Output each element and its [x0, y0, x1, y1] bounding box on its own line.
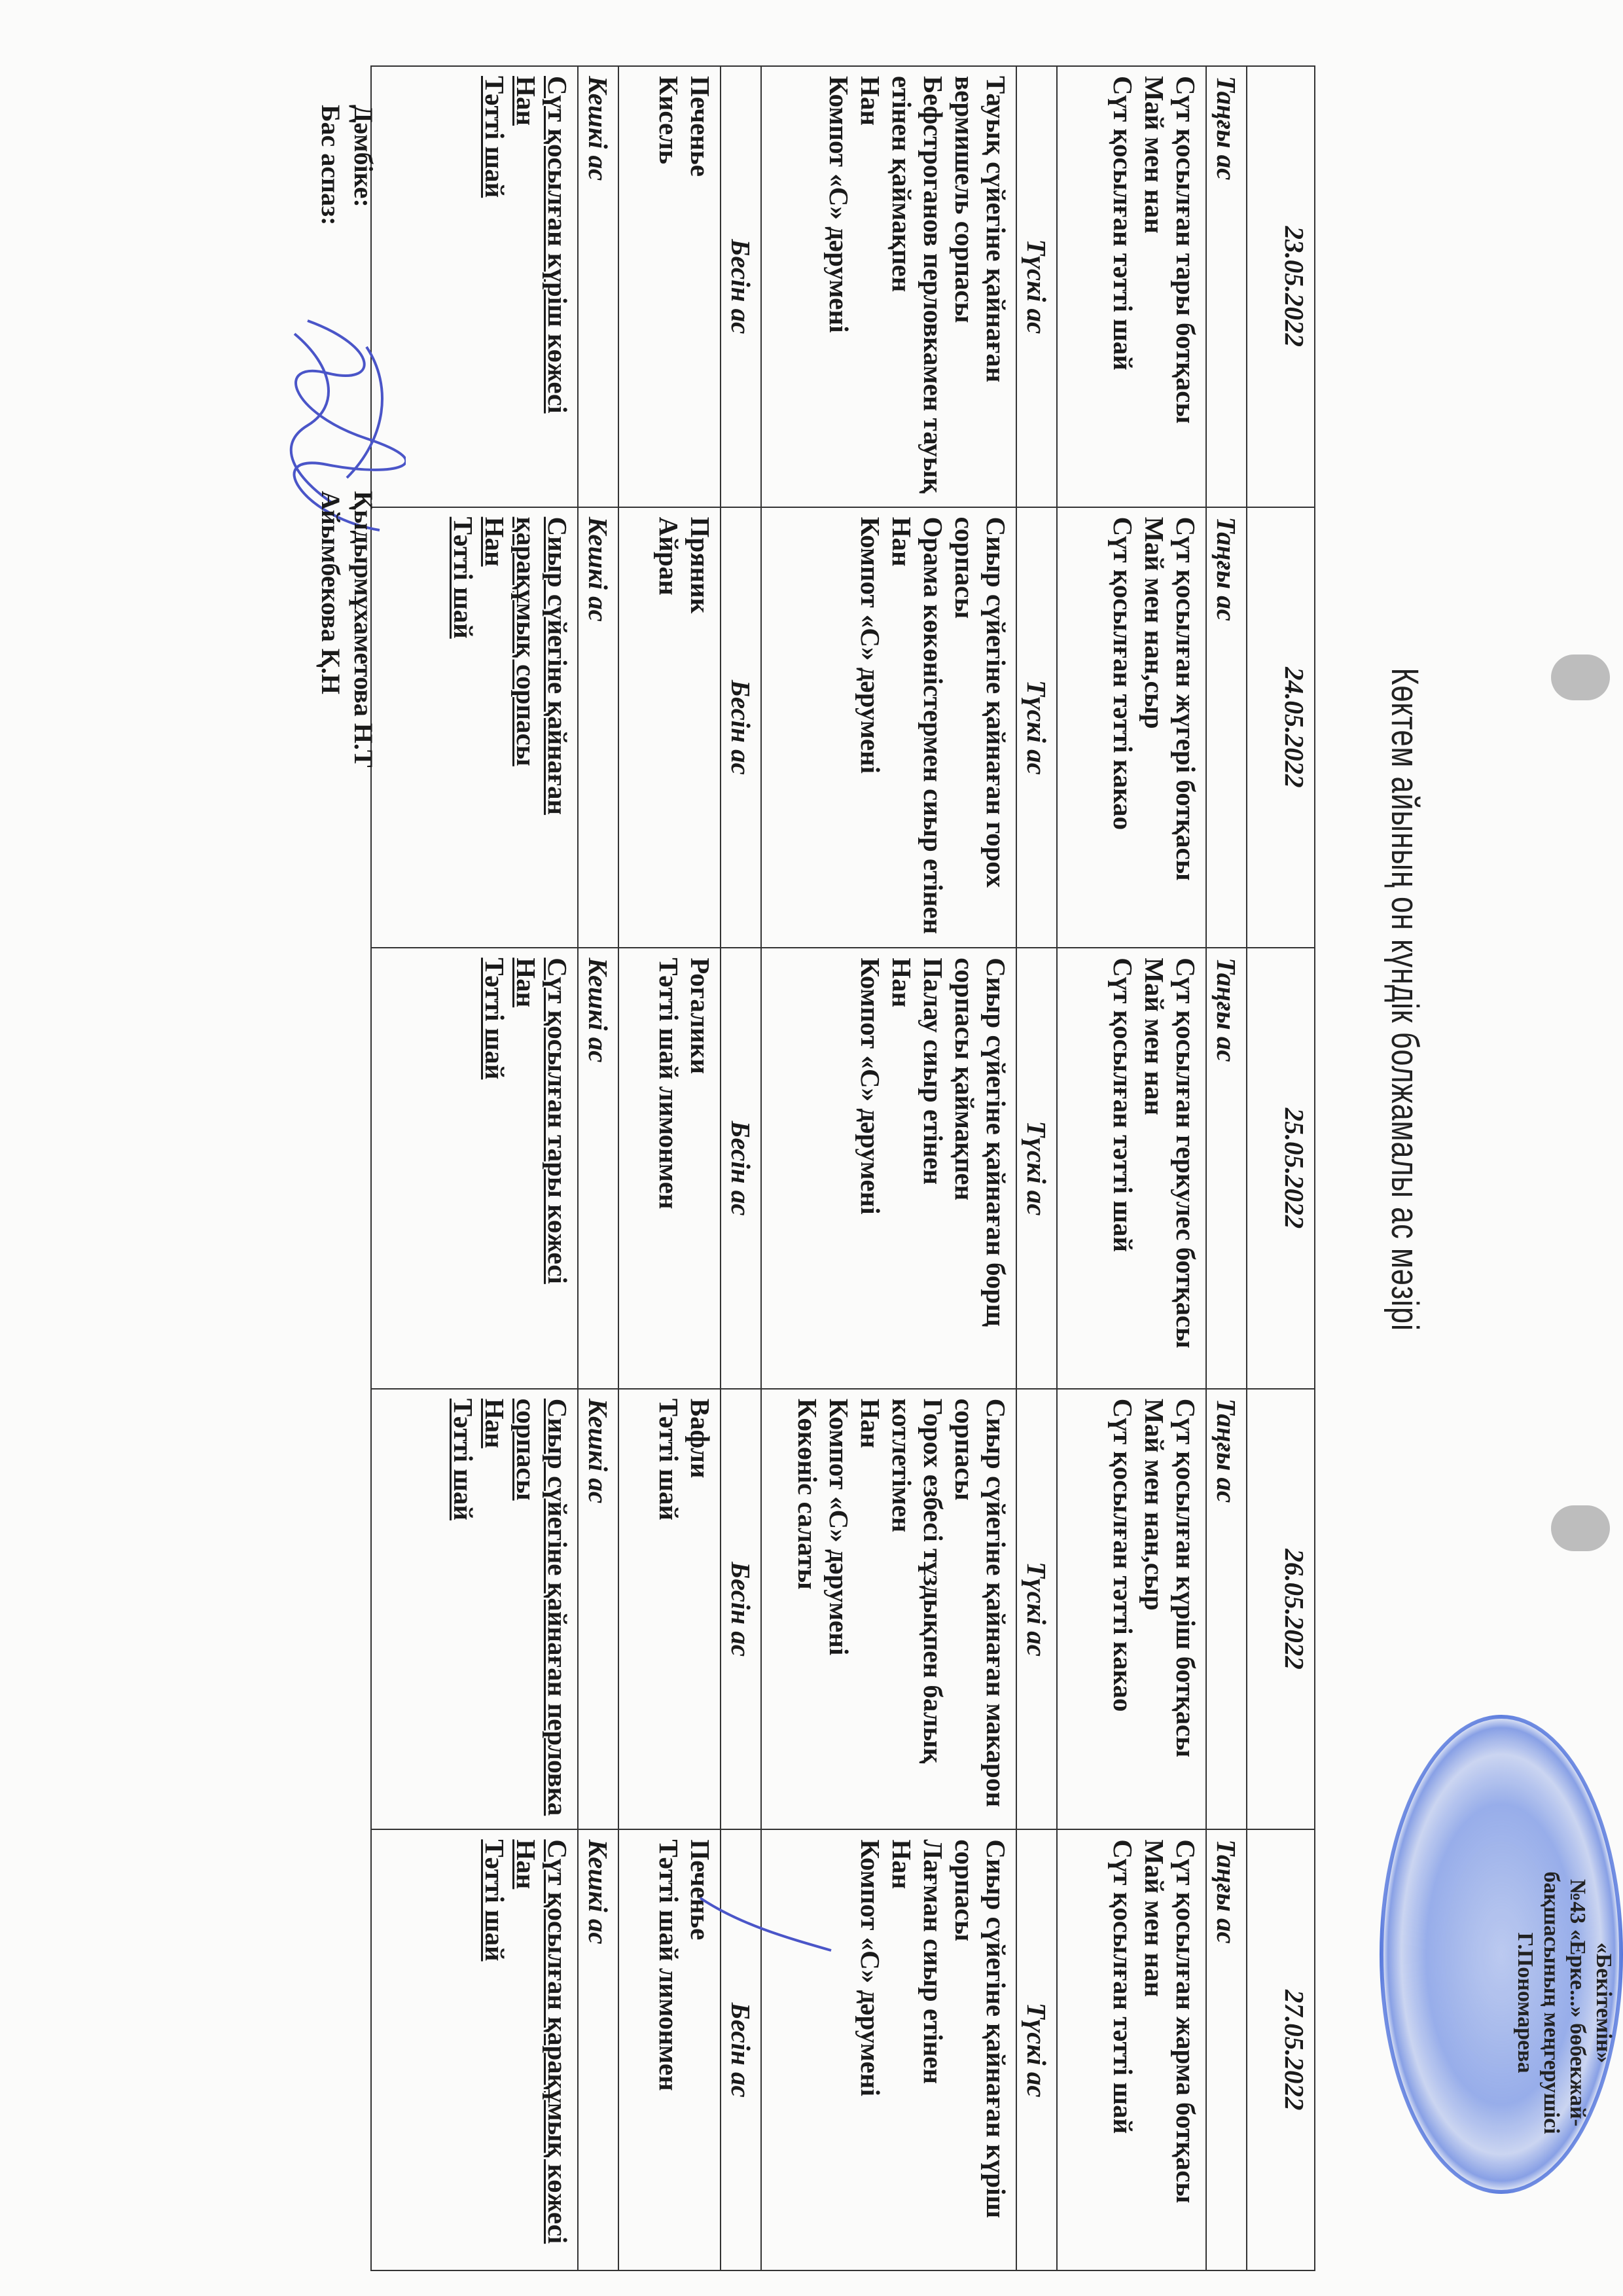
meal-label-snack: Бесін ас: [721, 507, 761, 948]
meal-label-breakfast: Таңғы ас: [1206, 66, 1247, 507]
menu-item: Сүт қосылған тәтті шай: [1107, 1839, 1139, 2261]
approval-line: №43 «Ерке...» бөбекжай-: [1564, 1767, 1590, 2238]
menu-item: Сүт қосылған тәтті шай: [1107, 958, 1139, 1379]
meal-label-lunch: Түскі ас: [1016, 948, 1057, 1389]
menu-item: Нан: [510, 958, 542, 1379]
meal-cell-breakfast: Сүт қосылған тары ботқасыМай мен нанСүт …: [1057, 66, 1206, 507]
menu-item: Тәтті шай лимонмен: [653, 958, 685, 1379]
menu-item: Сүт қосылған геркулес ботқасы: [1170, 958, 1202, 1379]
meal-cell-dinner: Сүт қосылған қарақұмық көжесіНанТәтті ша…: [371, 1829, 578, 2270]
meal-label-dinner: Кешкі ас: [578, 1389, 618, 1830]
menu-item: Сиыр сүйегіне қайнаған қарақұмық сорпасы: [510, 517, 573, 939]
menu-item: Сүт қосылған қарақұмық көжесі: [542, 1839, 573, 2261]
menu-item: Печенье: [685, 76, 716, 497]
meal-cell-lunch: Сиыр сүйегіне қайнаған макарон сорпасыГо…: [761, 1389, 1016, 1830]
menu-item: Сүт қосылған тары көжесі: [542, 958, 573, 1379]
meal-label-lunch: Түскі ас: [1016, 1389, 1057, 1830]
menu-item: Компот «С» дәрумені: [823, 76, 855, 497]
menu-item: Компот «С» дәрумені: [823, 1399, 855, 1820]
menu-item: Нан: [886, 517, 918, 939]
meal-label-dinner: Кешкі ас: [578, 948, 618, 1389]
menu-item: Айран: [653, 517, 685, 939]
menu-item: Вафли: [685, 1399, 716, 1820]
approval-line: бақшасының меңгерушісі: [1538, 1767, 1564, 2238]
menu-item: Сүт қосылған жарма ботқасы: [1170, 1839, 1202, 2261]
menu-item: Сүт қосылған тәтті какао: [1107, 517, 1139, 939]
meal-cell-snack: РогаликиТәтті шай лимонмен: [618, 948, 721, 1389]
menu-item: Сүт қосылған күріш көжесі: [542, 76, 573, 497]
menu-item: Тәтті шай: [448, 1399, 479, 1820]
meal-cell-lunch: Тауық сүйегіне қайнаған вермишель сорпас…: [761, 66, 1016, 507]
menu-item: Компот «С» дәрумені: [855, 958, 886, 1379]
menu-item: Компот «С» дәрумені: [855, 1839, 886, 2261]
chef-role: Бас аспаз:: [314, 105, 347, 225]
menu-item: Нан: [855, 76, 886, 497]
meal-cell-snack: ПеченьеКисель: [618, 66, 721, 507]
punch-hole: [1551, 1505, 1610, 1551]
date-header: 24.05.2022: [1247, 507, 1315, 948]
menu-item: Нан: [886, 1839, 918, 2261]
menu-item: Орама көкөністермен сиыр етінен: [918, 517, 949, 939]
date-header: 26.05.2022: [1247, 1389, 1315, 1830]
menu-item: Тәтті шай: [448, 517, 479, 939]
meal-label-snack: Бесін ас: [721, 948, 761, 1389]
menu-item: Бефстроганов перловкамен тауық етінен қа…: [886, 76, 949, 497]
meal-cell-breakfast: Сүт қосылған геркулес ботқасыМай мен нан…: [1057, 948, 1206, 1389]
menu-item: Нан: [510, 1839, 542, 2261]
footer-roles: Дәмбіке: Бас аспаз:: [314, 105, 380, 225]
meal-cell-lunch: Сиыр сүйегіне қайнаған горох сорпасыОрам…: [761, 507, 1016, 948]
meal-cell-dinner: Сиыр сүйегіне қайнаған перловка сорпасыН…: [371, 1389, 578, 1830]
nurse-name: Қыдырмұхаметова Н.Т: [347, 491, 380, 768]
menu-item: Тәтті шай лимонмен: [653, 1839, 685, 2261]
date-header: 27.05.2022: [1247, 1829, 1315, 2270]
menu-item: Май мен нан: [1139, 958, 1170, 1379]
menu-item: Пряник: [685, 517, 716, 939]
meal-label-dinner: Кешкі ас: [578, 1829, 618, 2270]
meal-label-snack: Бесін ас: [721, 1389, 761, 1830]
meal-cell-snack: ПряникАйран: [618, 507, 721, 948]
menu-item: Тауық сүйегіне қайнаған вермишель сорпас…: [949, 76, 1012, 497]
meal-label-breakfast: Таңғы ас: [1206, 507, 1247, 948]
meal-label-lunch: Түскі ас: [1016, 66, 1057, 507]
menu-item: Палау сиыр етінен: [918, 958, 949, 1379]
menu-item: Горох езбесі тұздықпен балық котлетімен: [886, 1399, 949, 1820]
menu-item: Нан: [886, 958, 918, 1379]
meal-cell-breakfast: Сүт қосылған күріш ботқасыМай мен нан,сы…: [1057, 1389, 1206, 1830]
meal-label-snack: Бесін ас: [721, 66, 761, 507]
date-header-row: 23.05.202224.05.202225.05.202226.05.2022…: [1247, 66, 1315, 2270]
approval-line: «Бекітемін»: [1590, 1767, 1616, 2238]
menu-item: Нан: [479, 517, 510, 939]
menu-item: Май мен нан: [1139, 1839, 1170, 2261]
menu-item: Сүт қосылған тары ботқасы: [1170, 76, 1202, 497]
meal-label-dinner: Кешкі ас: [578, 507, 618, 948]
meal-cell-dinner: Сиыр сүйегіне қайнаған қарақұмық сорпасы…: [371, 507, 578, 948]
scanned-menu-page: Көктем айының он күндік болжамалы ас мәз…: [0, 0, 1623, 2296]
menu-item: Нан: [479, 1399, 510, 1820]
menu-item: Тәтті шай: [479, 1839, 510, 2261]
menu-item: Сиыр сүйегіне қайнаған борщ сорпасы қайм…: [949, 958, 1012, 1379]
punch-hole: [1551, 655, 1610, 700]
nurse-role: Дәмбіке:: [347, 105, 380, 225]
menu-item: Сиыр сүйегіне қайнаған күріш сорпасы: [949, 1839, 1012, 2261]
menu-item: Сиыр сүйегіне қайнаған макарон сорпасы: [949, 1399, 1012, 1820]
menu-item: Нан: [855, 1399, 886, 1820]
chef-name: Айымбекова Қ.Н: [314, 491, 347, 768]
menu-item: Май мен нан,сыр: [1139, 517, 1170, 939]
menu-item: Лағман сиыр етінен: [918, 1839, 949, 2261]
menu-item: Сүт қосылған тәтті какао: [1107, 1399, 1139, 1820]
meal-cell-breakfast: Сүт қосылған жүгері ботқасыМай мен нан,с…: [1057, 507, 1206, 948]
approval-line: Г.Пономарева: [1512, 1767, 1538, 2238]
approval-block: «Бекітемін» №43 «Ерке...» бөбекжай- бақш…: [1512, 1767, 1616, 2238]
page-title: Көктем айының он күндік болжамалы ас мәз…: [1383, 668, 1427, 1331]
menu-item: Кисель: [653, 76, 685, 497]
meal-cell-lunch: Сиыр сүйегіне қайнаған борщ сорпасы қайм…: [761, 948, 1016, 1389]
date-header: 25.05.2022: [1247, 948, 1315, 1389]
menu-item: Май мен нан: [1139, 76, 1170, 497]
meal-label-lunch: Түскі ас: [1016, 1829, 1057, 2270]
meal-content-row: Сүт қосылған тары ботқасыМай мен нанСүт …: [1057, 66, 1206, 2270]
menu-item: Сүт қосылған тәтті шай: [1107, 76, 1139, 497]
menu-item: Тәтті шай: [479, 958, 510, 1379]
menu-item: Сиыр сүйегіне қайнаған горох сорпасы: [949, 517, 1012, 939]
menu-item: Нан: [510, 76, 542, 497]
meal-label-breakfast: Таңғы ас: [1206, 1829, 1247, 2270]
meal-label-dinner: Кешкі ас: [578, 66, 618, 507]
meal-label-breakfast: Таңғы ас: [1206, 948, 1247, 1389]
checkmark-icon: [694, 1885, 838, 1964]
menu-item: Көкөніс салаты: [792, 1399, 823, 1820]
meal-label-lunch: Түскі ас: [1016, 507, 1057, 948]
date-header: 23.05.2022: [1247, 66, 1315, 507]
menu-item: Сүт қосылған күріш ботқасы: [1170, 1399, 1202, 1820]
meal-cell-breakfast: Сүт қосылған жарма ботқасыМай мен нанСүт…: [1057, 1829, 1206, 2270]
menu-table: 23.05.202224.05.202225.05.202226.05.2022…: [370, 65, 1315, 2271]
menu-item: Сиыр сүйегіне қайнаған перловка сорпасы: [510, 1399, 573, 1820]
meal-label-row: Түскі асТүскі асТүскі асТүскі асТүскі ас: [1016, 66, 1057, 2270]
menu-item: Май мен нан,сыр: [1139, 1399, 1170, 1820]
menu-item: Рогалики: [685, 958, 716, 1379]
menu-item: Компот «С» дәрумені: [855, 517, 886, 939]
meal-cell-snack: ВафлиТәтті шай: [618, 1389, 721, 1830]
meal-label-row: Кешкі асКешкі асКешкі асКешкі асКешкі ас: [578, 66, 618, 2270]
menu-item: Тәтті шай: [479, 76, 510, 497]
meal-cell-dinner: Сүт қосылған тары көжесіНанТәтті шай: [371, 948, 578, 1389]
meal-label-breakfast: Таңғы ас: [1206, 1389, 1247, 1830]
menu-item: Тәтті шай: [653, 1399, 685, 1820]
menu-item: Сүт қосылған жүгері ботқасы: [1170, 517, 1202, 939]
footer-names: Қыдырмұхаметова Н.Т Айымбекова Қ.Н: [314, 491, 380, 768]
meal-label-row: Таңғы асТаңғы асТаңғы асТаңғы асТаңғы ас: [1206, 66, 1247, 2270]
